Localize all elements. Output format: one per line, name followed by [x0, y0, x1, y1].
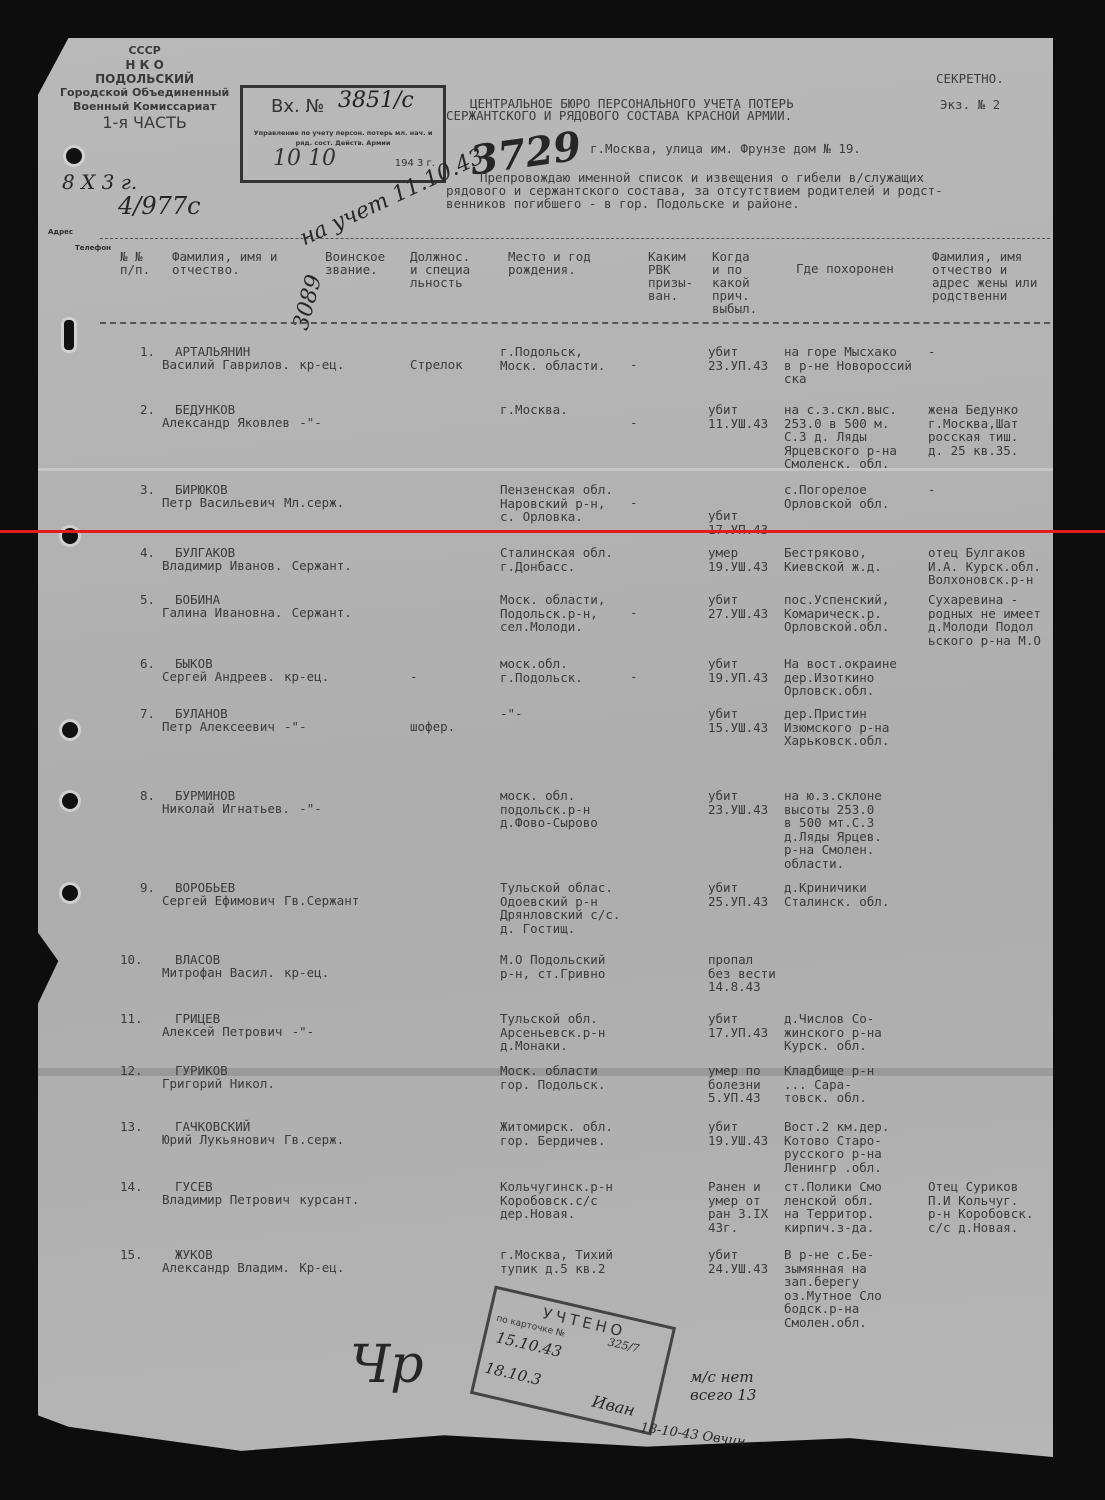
cell-name: Владимир Иванов.	[162, 559, 282, 573]
fold-crease	[38, 468, 1053, 471]
cell-relative: отец Булгаков И.А. Курск.обл. Волхоновск…	[928, 546, 1041, 587]
cell-buried: на ю.з.склоне высоты 253.0 в 500 мт.С.З …	[784, 789, 882, 870]
cell-when: пропал без вести 14.8.43	[708, 953, 776, 994]
column-header: Где похоронен	[796, 262, 894, 275]
cell-rank: Кр-ец.	[299, 1261, 344, 1275]
column-header: Фамилия, имя и отчество.	[172, 250, 277, 276]
cell-rank: кр-ец.	[284, 966, 329, 980]
cell-rank: кр-ец.	[284, 670, 329, 684]
cell-when: убит 27.УШ.43	[708, 593, 768, 620]
cell-when: Ранен и умер от ран 3.IX 43г.	[708, 1180, 768, 1234]
cell-post: Стрелок	[410, 358, 463, 372]
incoming-prefix: Вх. №	[271, 96, 324, 117]
cell-rank: -"-	[292, 1025, 315, 1039]
cell-birth: -"-	[500, 707, 523, 721]
cell-when: убит 23.УШ.43	[708, 789, 768, 816]
cell-rank: -"-	[299, 416, 322, 430]
cell-n: 10.	[120, 953, 143, 967]
cell-rank: -"-	[299, 802, 322, 816]
cell-birth: Моск. области гор. Подольск.	[500, 1064, 605, 1091]
cell-rank: Гв.серж.	[284, 1133, 344, 1147]
cell-name: Галина Ивановна.	[162, 606, 282, 620]
cell-when: умер по болезни 5.УП.43	[708, 1064, 761, 1105]
cell-buried: Бестряково, Киевской ж.д.	[784, 546, 882, 573]
incoming-registration-stamp: Вх. № 3851/с Управление по учету персон.…	[240, 85, 446, 183]
cell-name: Сергей Андреев.	[162, 670, 275, 684]
cell-n: 2.	[140, 403, 155, 417]
cell-rank: Мл.серж.	[284, 496, 344, 510]
classification-mark: СЕКРЕТНО.	[936, 72, 1004, 85]
cell-rvk: -	[630, 606, 638, 620]
column-header: Воинское звание.	[325, 250, 385, 276]
accounted-signature: Иван	[590, 1392, 637, 1420]
punch-hole	[62, 793, 78, 809]
cell-post: шофер.	[410, 720, 455, 734]
cell-buried: д.Криничики Сталинск. обл.	[784, 881, 889, 908]
accounted-date-2: 18.10.3	[483, 1359, 543, 1389]
cell-n: 9.	[140, 881, 155, 895]
military-commissariat-stamp: СССР Н К О ПОДОЛЬСКИЙ Городской Объедине…	[60, 44, 229, 130]
cell-name: Василий Гаврилов.	[162, 358, 290, 372]
cell-rvk: -	[630, 496, 638, 510]
cell-name: Сергей Ефимович	[162, 894, 275, 908]
red-guide-line	[0, 530, 1105, 533]
cell-when: убит 11.УШ.43	[708, 403, 768, 430]
cell-buried: на с.з.скл.выс. 253.0 в 500 м. С.З д. Ля…	[784, 403, 897, 471]
outgoing-number: 4/977с	[118, 192, 201, 220]
cell-buried: На вост.окраине дер.Изоткино Орловск.обл…	[784, 657, 897, 698]
cell-n: 14.	[120, 1180, 143, 1194]
cell-name: Григорий Никол.	[162, 1077, 275, 1091]
cell-rvk: -	[630, 670, 638, 684]
copy-number: Экз. № 2	[940, 98, 1000, 111]
column-header: № № п/п.	[120, 250, 150, 276]
intro-line-3: венников погибшего - в гор. Подольске и …	[446, 197, 800, 210]
cell-n: 6.	[140, 657, 155, 671]
punch-hole	[62, 722, 78, 738]
address-line	[100, 238, 1050, 239]
column-header: Должнос. и специа льность	[410, 250, 470, 289]
cell-buried: Кладбище р-н ... Сара- товск. обл.	[784, 1064, 874, 1105]
cell-n: 3.	[140, 483, 155, 497]
cell-n: 5.	[140, 593, 155, 607]
cell-birth: г.Москва.	[500, 403, 568, 417]
stamp-line: Н К О	[60, 58, 229, 72]
column-header: Каким РВК призы- ван.	[648, 250, 693, 302]
stamp-line: 1-я ЧАСТЬ	[60, 116, 229, 130]
cell-relative: Отец Суриков П.И Кольчуг. р-н Коробовск.…	[928, 1180, 1033, 1234]
cell-birth: Житомирск. обл. гор. Бердичев.	[500, 1120, 613, 1147]
handwritten-initial: Чр	[350, 1335, 423, 1395]
incoming-date: 10 10	[273, 146, 336, 171]
cell-name: Александр Владим.	[162, 1261, 290, 1275]
cell-rank: курсант.	[299, 1193, 359, 1207]
cell-name: Владимир Петрович	[162, 1193, 290, 1207]
outgoing-date: 8 X 3 г.	[62, 170, 137, 194]
cell-when: убит 15.УШ.43	[708, 707, 768, 734]
cell-birth: М.О Подольский р-н, ст.Гривно	[500, 953, 605, 980]
cell-birth: Пензенская обл. Наровский р-н, с. Орловк…	[500, 483, 613, 524]
stamp-line: Военный Комиссариат	[60, 100, 229, 114]
cell-buried: В р-не с.Бе- зымянная на зап.берегу оз.М…	[784, 1248, 882, 1329]
cell-n: 15.	[120, 1248, 143, 1262]
cell-relative: жена Бедунко г.Москва,Шат росская тиш. д…	[928, 403, 1018, 457]
cell-name: Александр Яковлев	[162, 416, 290, 430]
org-title-line2: СЕРЖАНТСКОГО И РЯДОВОГО СОСТАВА КРАСНОЙ …	[446, 109, 792, 122]
cell-when: умер 19.УШ.43	[708, 546, 768, 573]
cell-n: 12.	[120, 1064, 143, 1078]
cell-rank: Сержант.	[292, 559, 352, 573]
cell-birth: Тульской обл. Арсеньевск.р-н д.Монаки.	[500, 1012, 605, 1053]
cell-buried: с.Погорелое Орловской обл.	[784, 483, 889, 510]
org-address: г.Москва, улица им. Фрунзе дом № 19.	[590, 142, 861, 155]
cell-n: 8.	[140, 789, 155, 803]
stamp-line: СССР	[60, 44, 229, 58]
cell-n: 11.	[120, 1012, 143, 1026]
cell-birth: моск. обл. подольск.р-н д.Фово-Сырово	[500, 789, 598, 830]
punch-hole	[62, 885, 78, 901]
column-header: Место и год рождения.	[508, 250, 591, 276]
punch-hole	[66, 148, 82, 164]
cell-rank: Гв.Сержант	[284, 894, 359, 908]
column-header: Фамилия, имя отчество и адрес жены или р…	[932, 250, 1037, 302]
cell-birth: моск.обл. г.Подольск.	[500, 657, 583, 684]
stamp-line: ПОДОЛЬСКИЙ	[60, 72, 229, 86]
cell-when: убит 19.УШ.43	[708, 1120, 768, 1147]
cell-when: убит 17.УП.43	[708, 1012, 768, 1039]
cell-when: убит 24.УШ.43	[708, 1248, 768, 1275]
cell-n: 7.	[140, 707, 155, 721]
cell-when: убит 19.УП.43	[708, 657, 768, 684]
cell-rvk: -	[630, 358, 638, 372]
cell-rvk: -	[630, 416, 638, 430]
cell-name: Алексей Петрович	[162, 1025, 282, 1039]
incoming-org: Управление по учету персон. потерь мл. н…	[249, 128, 437, 148]
cell-name: Петр Алексеевич	[162, 720, 275, 734]
margin-note-total: м/с нет всего 13	[690, 1368, 765, 1404]
cell-name: Юрий Лукьянович	[162, 1133, 275, 1147]
cell-buried: дер.Пристин Изюмского р-на Харьковск.обл…	[784, 707, 889, 748]
cell-buried: пос.Успенский, Комаричеcк.р. Орловской.о…	[784, 593, 889, 634]
cell-buried: на горе Мысхако в р-не Новороссий ска	[784, 345, 912, 386]
cell-post: -	[410, 670, 418, 684]
accounted-card-number: 325/7	[607, 1336, 641, 1356]
cell-n: 13.	[120, 1120, 143, 1134]
address-label: Адрес	[48, 228, 73, 236]
cell-birth: Тульской облас. Одоевский р-н Дрянловски…	[500, 881, 620, 935]
cell-birth: г.Москва, Тихий тупик д.5 кв.2	[500, 1248, 613, 1275]
cell-birth: Моск. области, Подольск.р-н, сел.Молоди.	[500, 593, 605, 634]
cell-birth: г.Подольск, Моск. области.	[500, 345, 605, 372]
cell-when: убит 23.УП.43	[708, 345, 768, 372]
punch-hole	[64, 320, 74, 350]
cell-relative: Сухаревина - родных не имеет д.Молоди По…	[928, 593, 1041, 647]
cell-n: 1.	[140, 345, 155, 359]
cell-name: Митрофан Васил.	[162, 966, 275, 980]
cell-buried: ст.Полики Смо ленской обл. на Территор. …	[784, 1180, 882, 1234]
cell-birth: Кольчугинск.р-н Коробовск.с/с дер.Новая.	[500, 1180, 613, 1221]
cell-when: убит 25.УП.43	[708, 881, 768, 908]
cell-buried: Вост.2 км.дер. Котово Старо- русского р-…	[784, 1120, 889, 1174]
column-header: Когда и по какой прич. выбыл.	[712, 250, 757, 315]
header-separator	[100, 322, 1050, 324]
cell-rank: кр-ец.	[299, 358, 344, 372]
stamp-line: Городской Объединенный	[60, 86, 229, 100]
incoming-number: 3851/с	[338, 88, 414, 113]
cell-name: Николай Игнатьев.	[162, 802, 290, 816]
cell-birth: Сталинская обл. г.Донбасс.	[500, 546, 613, 573]
phone-label: Телефон	[75, 244, 111, 252]
cell-n: 4.	[140, 546, 155, 560]
cell-relative: -	[928, 345, 936, 359]
cell-name: Петр Васильевич	[162, 496, 275, 510]
cell-rank: Сержант.	[292, 606, 352, 620]
cell-relative: -	[928, 483, 936, 497]
cell-rank: -"-	[284, 720, 307, 734]
cell-buried: д.Числов Со- жинского р-на Курск. обл.	[784, 1012, 882, 1053]
